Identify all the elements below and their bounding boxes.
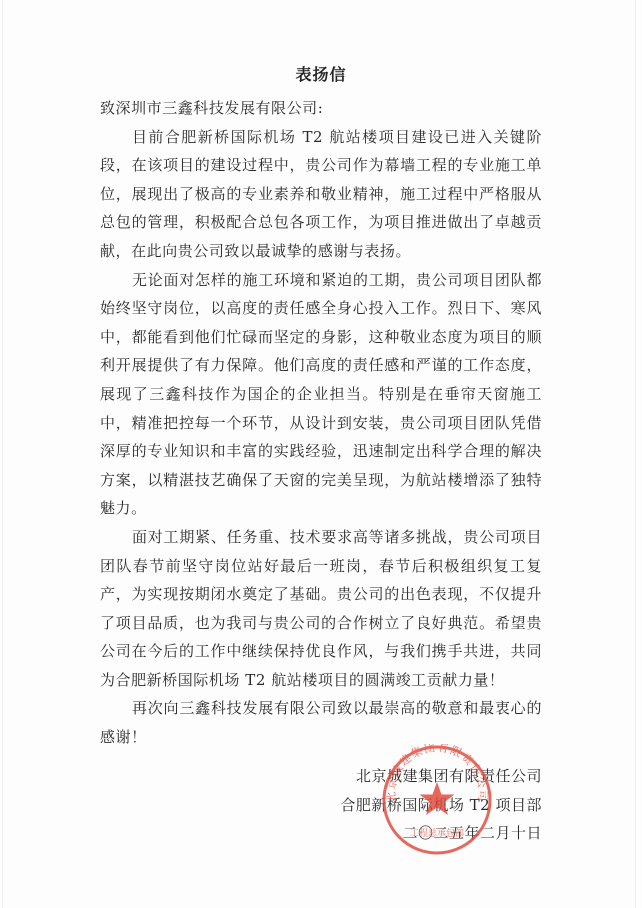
letter-title: 表扬信 [0,63,642,87]
signature-department: 合肥新桥国际机场 T2 项目部 [300,791,542,820]
paragraph-4: 再次向三鑫科技发展有限公司致以最崇高的敬意和最衷心的感谢！ [100,694,542,751]
signature-organization: 北京城建集团有限责任公司 [300,762,542,791]
scan-edge-right [635,0,636,908]
signature-date: 二〇二五年二月十日 [300,819,542,848]
paragraph-3: 面对工期紧、任务重、技术要求高等诸多挑战，贵公司项目团队春节前坚守岗位站好最后一… [100,523,542,695]
salutation: 致深圳市三鑫科技发展有限公司: [100,94,542,123]
letter-page: 表扬信 致深圳市三鑫科技发展有限公司: 目前合肥新桥国际机场 T2 航站楼项目建… [0,0,642,908]
paragraph-1: 目前合肥新桥国际机场 T2 航站楼项目建设已进入关键阶段，在该项目的建设过程中，… [100,123,542,266]
signature-block: 北京城建集团有限责任公司 合肥新桥国际机场 T2 项目部 二〇二五年二月十日 [300,762,542,848]
letter-body: 致深圳市三鑫科技发展有限公司: 目前合肥新桥国际机场 T2 航站楼项目建设已进入… [100,94,542,752]
paragraph-2: 无论面对怎样的施工环境和紧迫的工期，贵公司项目团队都始终坚守岗位，以高度的责任感… [100,266,542,523]
scan-edge-left [2,0,3,908]
